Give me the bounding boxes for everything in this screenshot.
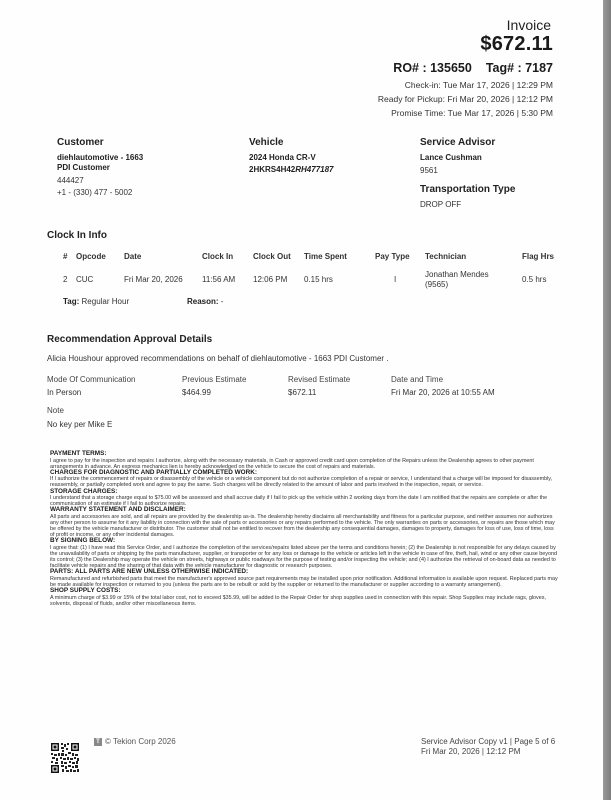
page-edge-shadow bbox=[603, 0, 611, 800]
row-num: 2 bbox=[63, 275, 67, 284]
terms-body-payment: I agree to pay for the inspection and re… bbox=[50, 458, 558, 470]
invoice-amount: $672.11 bbox=[480, 33, 553, 56]
customer-id: 444427 bbox=[57, 176, 84, 185]
vin-prefix: 2HKRS4H42 bbox=[249, 165, 295, 174]
row-technician-id: (9565) bbox=[425, 280, 448, 289]
customer-phone: +1 - (330) 477 - 5002 bbox=[57, 188, 132, 197]
reason-value: - bbox=[221, 297, 224, 306]
printed-timestamp: Fri Mar 20, 2026 | 12:12 PM bbox=[421, 747, 520, 756]
terms-body-shop-supply: A minimum charge of $3.99 or 15% of the … bbox=[50, 595, 558, 607]
col-header-pay-type: Pay Type bbox=[375, 252, 410, 261]
terms-and-conditions: PAYMENT TERMS: I agree to pay for the in… bbox=[50, 451, 558, 607]
row-technician-name: Jonathan Mendes bbox=[425, 270, 489, 279]
recommendation-statement: Alicia Houshour approved recommendations… bbox=[47, 354, 389, 363]
tag-label: Tag: bbox=[63, 297, 79, 306]
clock-reason: Reason: - bbox=[187, 297, 223, 306]
transportation-value: DROP OFF bbox=[420, 200, 461, 209]
vehicle-title: Vehicle bbox=[249, 137, 283, 148]
revised-estimate-value: $672.11 bbox=[288, 388, 316, 397]
clock-in-title: Clock In Info bbox=[47, 230, 107, 241]
tag-number: Tag# : 7187 bbox=[486, 61, 553, 75]
row-opcode: CUC bbox=[76, 275, 93, 284]
copy-page-info: Service Advisor Copy v1 | Page 5 of 6 bbox=[421, 737, 555, 746]
col-header-opcode: Opcode bbox=[76, 252, 106, 261]
terms-heading-diagnostic: CHARGES FOR DIAGNOSTIC AND PARTIALLY COM… bbox=[50, 470, 558, 477]
vehicle-description: 2024 Honda CR-V bbox=[249, 153, 316, 162]
ro-number: RO# : 135650 bbox=[393, 61, 472, 75]
col-header-num: # bbox=[63, 252, 67, 261]
col-header-clock-in: Clock In bbox=[202, 252, 233, 261]
recommendation-title: Recommendation Approval Details bbox=[47, 334, 212, 345]
date-time-value: Fri Mar 20, 2026 at 10:55 AM bbox=[391, 388, 495, 397]
ready-for-pickup-time: Ready for Pickup: Fri Mar 20, 2026 | 12:… bbox=[378, 94, 553, 104]
note-value: No key per Mike E bbox=[47, 420, 112, 429]
note-label: Note bbox=[47, 406, 64, 415]
terms-heading-shop-supply: SHOP SUPPLY COSTS: bbox=[50, 588, 558, 595]
terms-heading-payment: PAYMENT TERMS: bbox=[50, 451, 558, 458]
terms-body-diagnostic: If I authorize the commencement of repai… bbox=[50, 476, 558, 488]
col-header-time-spent: Time Spent bbox=[304, 252, 347, 261]
row-flag-hrs: 0.5 hrs bbox=[522, 275, 546, 284]
terms-body-signing: I agree that: (1) I have read this Servi… bbox=[50, 545, 558, 569]
previous-estimate-value: $464.99 bbox=[182, 388, 211, 397]
terms-heading-warranty: WARRANTY STATEMENT AND DISCLAIMER: bbox=[50, 507, 558, 514]
terms-heading-storage: STORAGE CHARGES: bbox=[50, 489, 558, 496]
clock-tag: Tag: Regular Hour bbox=[63, 297, 129, 306]
col-header-technician: Technician bbox=[425, 252, 466, 261]
tag-value: Regular Hour bbox=[82, 297, 130, 306]
row-pay-type: I bbox=[394, 275, 396, 284]
vin-suffix: RH477187 bbox=[295, 165, 333, 174]
reason-label: Reason: bbox=[187, 297, 219, 306]
copyright-text: © Tekion Corp 2026 bbox=[105, 737, 176, 746]
mode-of-communication-label: Mode Of Communication bbox=[47, 375, 135, 384]
col-header-date: Date bbox=[124, 252, 141, 261]
row-time-spent: 0.15 hrs bbox=[304, 275, 333, 284]
transportation-title: Transportation Type bbox=[420, 184, 515, 195]
customer-name-line1: diehlautomotive - 1663 bbox=[57, 153, 143, 162]
terms-heading-signing: BY SIGNING BELOW: bbox=[50, 538, 558, 545]
mode-of-communication-value: In Person bbox=[47, 388, 81, 397]
check-in-time: Check-in: Tue Mar 17, 2026 | 12:29 PM bbox=[405, 80, 553, 90]
col-header-flag-hrs: Flag Hrs bbox=[522, 252, 554, 261]
qr-code-icon bbox=[50, 742, 80, 774]
terms-body-warranty: All parts and accessories are sold, and … bbox=[50, 514, 558, 538]
tekion-logo-icon: T bbox=[94, 738, 102, 746]
previous-estimate-label: Previous Estimate bbox=[182, 375, 246, 384]
promise-time: Promise Time: Tue Mar 17, 2026 | 5:30 PM bbox=[391, 108, 553, 118]
customer-title: Customer bbox=[57, 137, 104, 148]
terms-heading-parts: PARTS: ALL PARTS ARE NEW UNLESS OTHERWIS… bbox=[50, 569, 558, 576]
row-clock-in: 11:56 AM bbox=[202, 275, 235, 284]
service-advisor-name: Lance Cushman bbox=[420, 153, 482, 162]
date-time-label: Date and Time bbox=[391, 375, 443, 384]
vehicle-vin: 2HKRS4H42RH477187 bbox=[249, 165, 334, 174]
col-header-clock-out: Clock Out bbox=[253, 252, 291, 261]
row-date: Fri Mar 20, 2026 bbox=[124, 275, 183, 284]
terms-body-parts: Remanufactured and refurbished parts tha… bbox=[50, 576, 558, 588]
service-advisor-title: Service Advisor bbox=[420, 137, 495, 148]
revised-estimate-label: Revised Estimate bbox=[288, 375, 350, 384]
ro-tag-line: RO# : 135650Tag# : 7187 bbox=[393, 61, 553, 75]
row-clock-out: 12:06 PM bbox=[253, 275, 287, 284]
service-advisor-id: 9561 bbox=[420, 166, 438, 175]
invoice-title: Invoice bbox=[507, 17, 551, 33]
footer-copyright: T © Tekion Corp 2026 bbox=[94, 737, 176, 746]
invoice-page: Invoice $672.11 RO# : 135650Tag# : 7187 … bbox=[0, 0, 603, 800]
customer-name-line2: PDI Customer bbox=[57, 163, 110, 172]
